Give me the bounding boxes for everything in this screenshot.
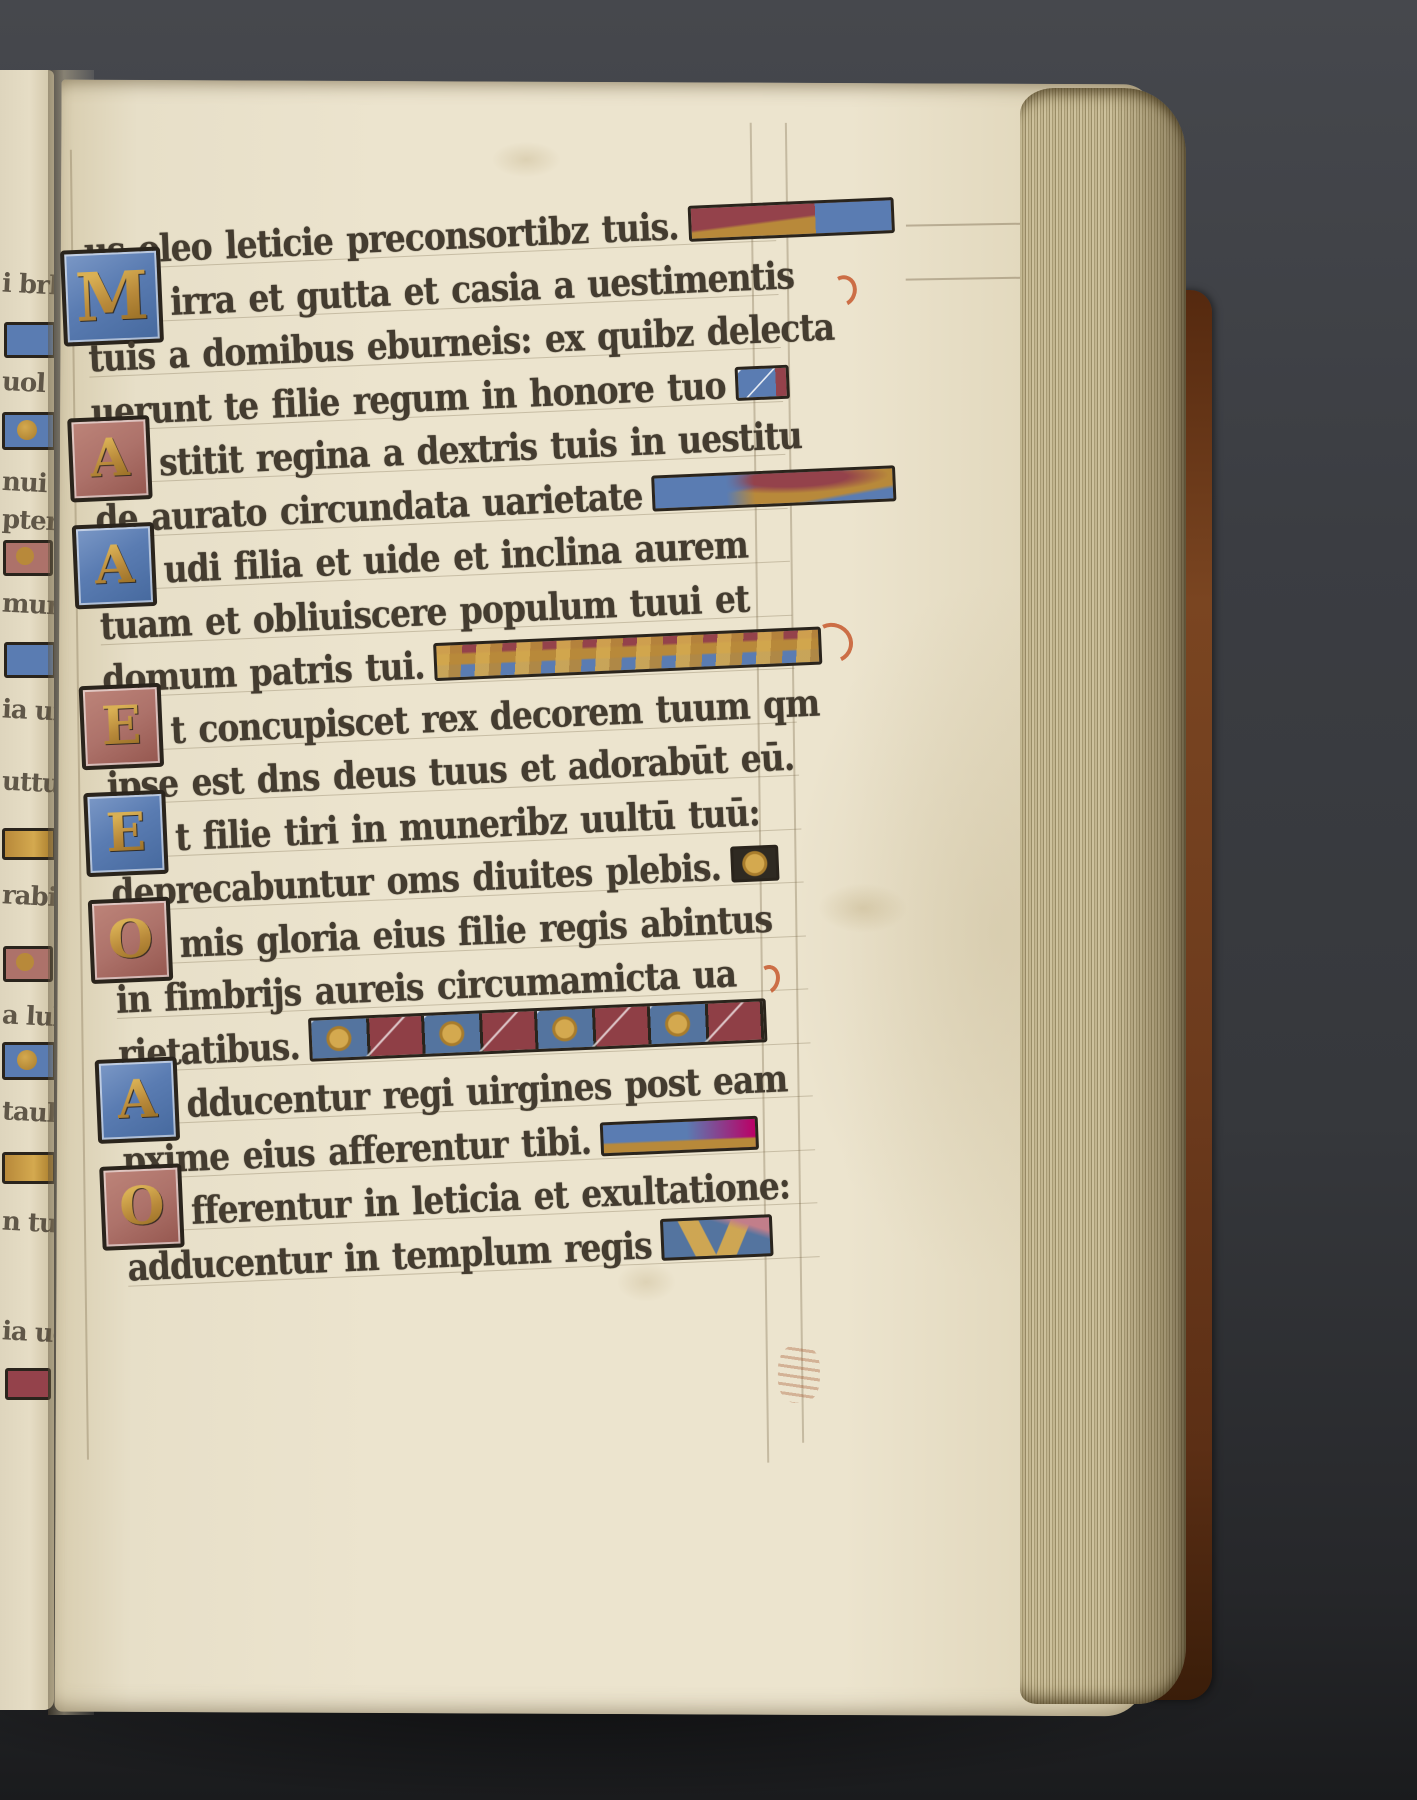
verso-text-fragment: ia uo bbox=[1, 1316, 54, 1349]
verso-ornament-fragment bbox=[2, 828, 54, 860]
line-filler-ornament bbox=[688, 197, 895, 242]
verso-ornament-fragment bbox=[4, 642, 54, 678]
verso-ornament-fragment bbox=[5, 1368, 51, 1400]
left-page-edge: i brluolnuiptermuria uiutturabita lubtau… bbox=[0, 70, 54, 1710]
verso-text-fragment: uttu bbox=[1, 767, 54, 800]
illuminated-initial: E bbox=[79, 682, 165, 769]
ruling-line-stray bbox=[906, 223, 1034, 227]
line-filler-ornament bbox=[730, 845, 779, 883]
verso-text-fragment: n tu bbox=[1, 1207, 54, 1240]
ruling-line-stray bbox=[906, 277, 1034, 281]
illuminated-initial: O bbox=[88, 896, 174, 983]
verso-ornament-fragment bbox=[2, 412, 54, 450]
red-pen-mark bbox=[778, 1345, 820, 1403]
manuscript-page: us oleo leticie preconsortibz tuis.Mirra… bbox=[54, 80, 1153, 1717]
verso-ornament-fragment bbox=[3, 946, 53, 982]
line-filler-ornament bbox=[600, 1115, 759, 1156]
verso-text-fragment: pter bbox=[1, 505, 54, 538]
illuminated-initial: O bbox=[99, 1163, 185, 1250]
line-filler-ornament bbox=[735, 364, 790, 400]
manuscript-text: adducentur in templum regis bbox=[127, 1222, 653, 1289]
fore-edge-page-stack bbox=[1020, 88, 1186, 1704]
illuminated-initial: A bbox=[95, 1056, 181, 1143]
text-block: us oleo leticie preconsortibz tuis.Mirra… bbox=[83, 196, 829, 1325]
verso-ornament-fragment bbox=[2, 1042, 54, 1080]
illuminated-initial: A bbox=[67, 415, 153, 502]
parchment-stain bbox=[818, 883, 908, 933]
verso-text-fragment: i brl bbox=[1, 269, 54, 302]
verso-ornament-fragment bbox=[3, 540, 53, 576]
verso-text-fragment: a lub bbox=[1, 1000, 54, 1034]
verso-ornament-fragment bbox=[4, 322, 54, 358]
illuminated-initial: A bbox=[72, 522, 158, 609]
verso-text-fragment: nui bbox=[1, 467, 47, 499]
verso-text-fragment: mur bbox=[1, 589, 54, 622]
margin-marks bbox=[62, 80, 1154, 85]
parchment-stain bbox=[491, 142, 561, 178]
verso-text-fragment: tault bbox=[1, 1096, 54, 1129]
verso-text-fragment: rabit bbox=[1, 880, 54, 913]
verso-text-fragment: uol bbox=[1, 367, 46, 399]
photograph-of-illuminated-manuscript: i brluolnuiptermuria uiutturabita lubtau… bbox=[0, 0, 1417, 1800]
line-filler-ornament bbox=[651, 465, 896, 511]
line-filler-ornament bbox=[660, 1214, 774, 1261]
line-filler-ornament bbox=[433, 627, 822, 682]
verso-ornament-fragment bbox=[2, 1152, 54, 1184]
verso-text-fragment: ia ui bbox=[1, 694, 54, 727]
illuminated-initial: E bbox=[83, 789, 169, 876]
